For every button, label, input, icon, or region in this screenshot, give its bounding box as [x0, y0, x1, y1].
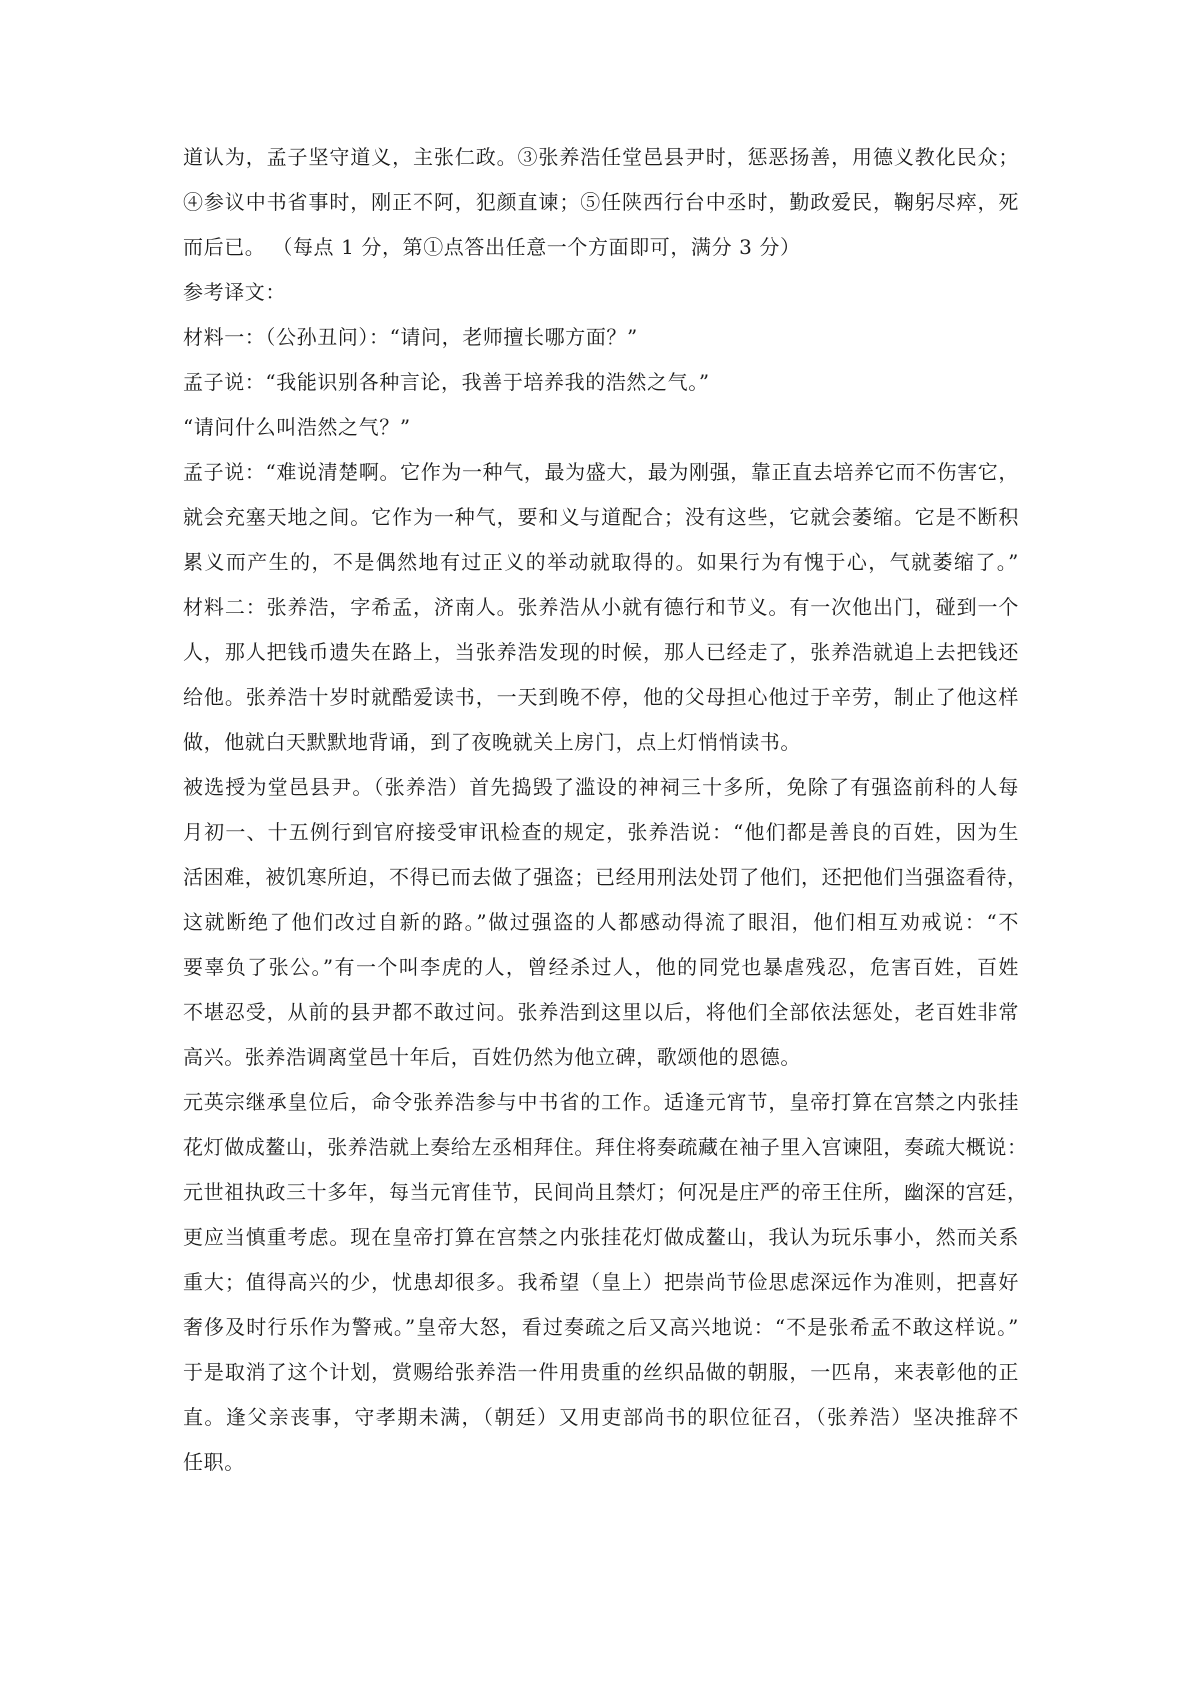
mencius-reply-2-line-2: 就会充塞天地之间。它作为一种气，要和义与道配合；没有这些，它就会萎缩。它是不断积: [183, 499, 1019, 544]
material-two-line-1: 材料二：张养浩，字希孟，济南人。张养浩从小就有德行和节义。有一次他出门，碰到一个: [183, 589, 1019, 634]
yingzong-paragraph-line-6: 奢侈及时行乐作为警戒。”皇帝大怒，看过奏疏之后又高兴地说：“不是张希孟不敢这样说…: [183, 1309, 1019, 1354]
tangyi-paragraph-line-1: 被选授为堂邑县尹。（张养浩）首先捣毁了滥设的神祠三十多所，免除了有强盗前科的人每: [183, 769, 1019, 814]
scoring-note: 而后已。 （每点 1 分，第①点答出任意一个方面即可，满分 3 分）: [183, 229, 1019, 274]
yingzong-paragraph-line-8: 直。逢父亲丧事，守孝期未满，（朝廷）又用吏部尚书的职位征召，（张养浩）坚决推辞不: [183, 1399, 1019, 1444]
mencius-reply-2-line-1: 孟子说：“难说清楚啊。它作为一种气，最为盛大，最为刚强，靠正直去培养它而不伤害它…: [183, 454, 1019, 499]
yingzong-paragraph-line-3: 元世祖执政三十多年，每当元宵佳节，民间尚且禁灯；何况是庄严的帝王住所，幽深的宫廷…: [183, 1174, 1019, 1219]
text-line-1: 道认为，孟子坚守道义，主张仁政。③张养浩任堂邑县尹时，惩恶扬善，用德义教化民众；: [183, 139, 1019, 184]
text-line-2: ④参议中书省事时，刚正不阿，犯颜直谏；⑤任陕西行台中丞时，勤政爱民，鞠躬尽瘁，死: [183, 184, 1019, 229]
yingzong-paragraph-line-2: 花灯做成鳌山，张养浩就上奏给左丞相拜住。拜住将奏疏藏在袖子里入宫谏阻，奏疏大概说…: [183, 1129, 1019, 1174]
yingzong-paragraph-line-1: 元英宗继承皇位后，命令张养浩参与中书省的工作。适逢元宵节，皇帝打算在宫禁之内张挂: [183, 1084, 1019, 1129]
mencius-reply-1: 孟子说：“我能识别各种言论，我善于培养我的浩然之气。”: [183, 364, 1019, 409]
material-one-question: 材料一：（公孙丑问）：“请问，老师擅长哪方面？”: [183, 319, 1019, 364]
section-heading-reference-translation: 参考译文：: [183, 274, 1019, 319]
material-two-line-4: 做，他就白天默默地背诵，到了夜晚就关上房门，点上灯悄悄读书。: [183, 724, 1019, 769]
yingzong-paragraph-line-7: 于是取消了这个计划，赏赐给张养浩一件用贵重的丝织品做的朝服，一匹帛，来表彰他的正: [183, 1354, 1019, 1399]
material-two-line-3: 给他。张养浩十岁时就酷爱读书，一天到晚不停，他的父母担心他过于辛劳，制止了他这样: [183, 679, 1019, 724]
yingzong-paragraph-line-9: 任职。: [183, 1444, 1019, 1489]
tangyi-paragraph-line-5: 要辜负了张公。”有一个叫李虎的人，曾经杀过人，他的同党也暴虐残忍，危害百姓，百姓: [183, 949, 1019, 994]
question-haoran-qi: “请问什么叫浩然之气？”: [183, 409, 1019, 454]
tangyi-paragraph-line-2: 月初一、十五例行到官府接受审讯检查的规定，张养浩说：“他们都是善良的百姓，因为生: [183, 814, 1019, 859]
yingzong-paragraph-line-5: 重大；值得高兴的少，忧患却很多。我希望（皇上）把崇尚节俭思虑深远作为准则，把喜好: [183, 1264, 1019, 1309]
tangyi-paragraph-line-4: 这就断绝了他们改过自新的路。”做过强盗的人都感动得流了眼泪，他们相互劝戒说：“不: [183, 904, 1019, 949]
yingzong-paragraph-line-4: 更应当慎重考虑。现在皇帝打算在宫禁之内张挂花灯做成鳌山，我认为玩乐事小，然而关系: [183, 1219, 1019, 1264]
tangyi-paragraph-line-6: 不堪忍受，从前的县尹都不敢过问。张养浩到这里以后，将他们全部依法惩处，老百姓非常: [183, 994, 1019, 1039]
material-two-line-2: 人，那人把钱币遗失在路上，当张养浩发现的时候，那人已经走了，张养浩就追上去把钱还: [183, 634, 1019, 679]
mencius-reply-2-line-3: 累义而产生的，不是偶然地有过正义的举动就取得的。如果行为有愧于心，气就萎缩了。”: [183, 544, 1019, 589]
document-page: 道认为，孟子坚守道义，主张仁政。③张养浩任堂邑县尹时，惩恶扬善，用德义教化民众；…: [183, 139, 1019, 1489]
tangyi-paragraph-line-7: 高兴。张养浩调离堂邑十年后，百姓仍然为他立碑，歌颂他的恩德。: [183, 1039, 1019, 1084]
tangyi-paragraph-line-3: 活困难，被饥寒所迫，不得已而去做了强盗；已经用刑法处罚了他们，还把他们当强盗看待…: [183, 859, 1019, 904]
